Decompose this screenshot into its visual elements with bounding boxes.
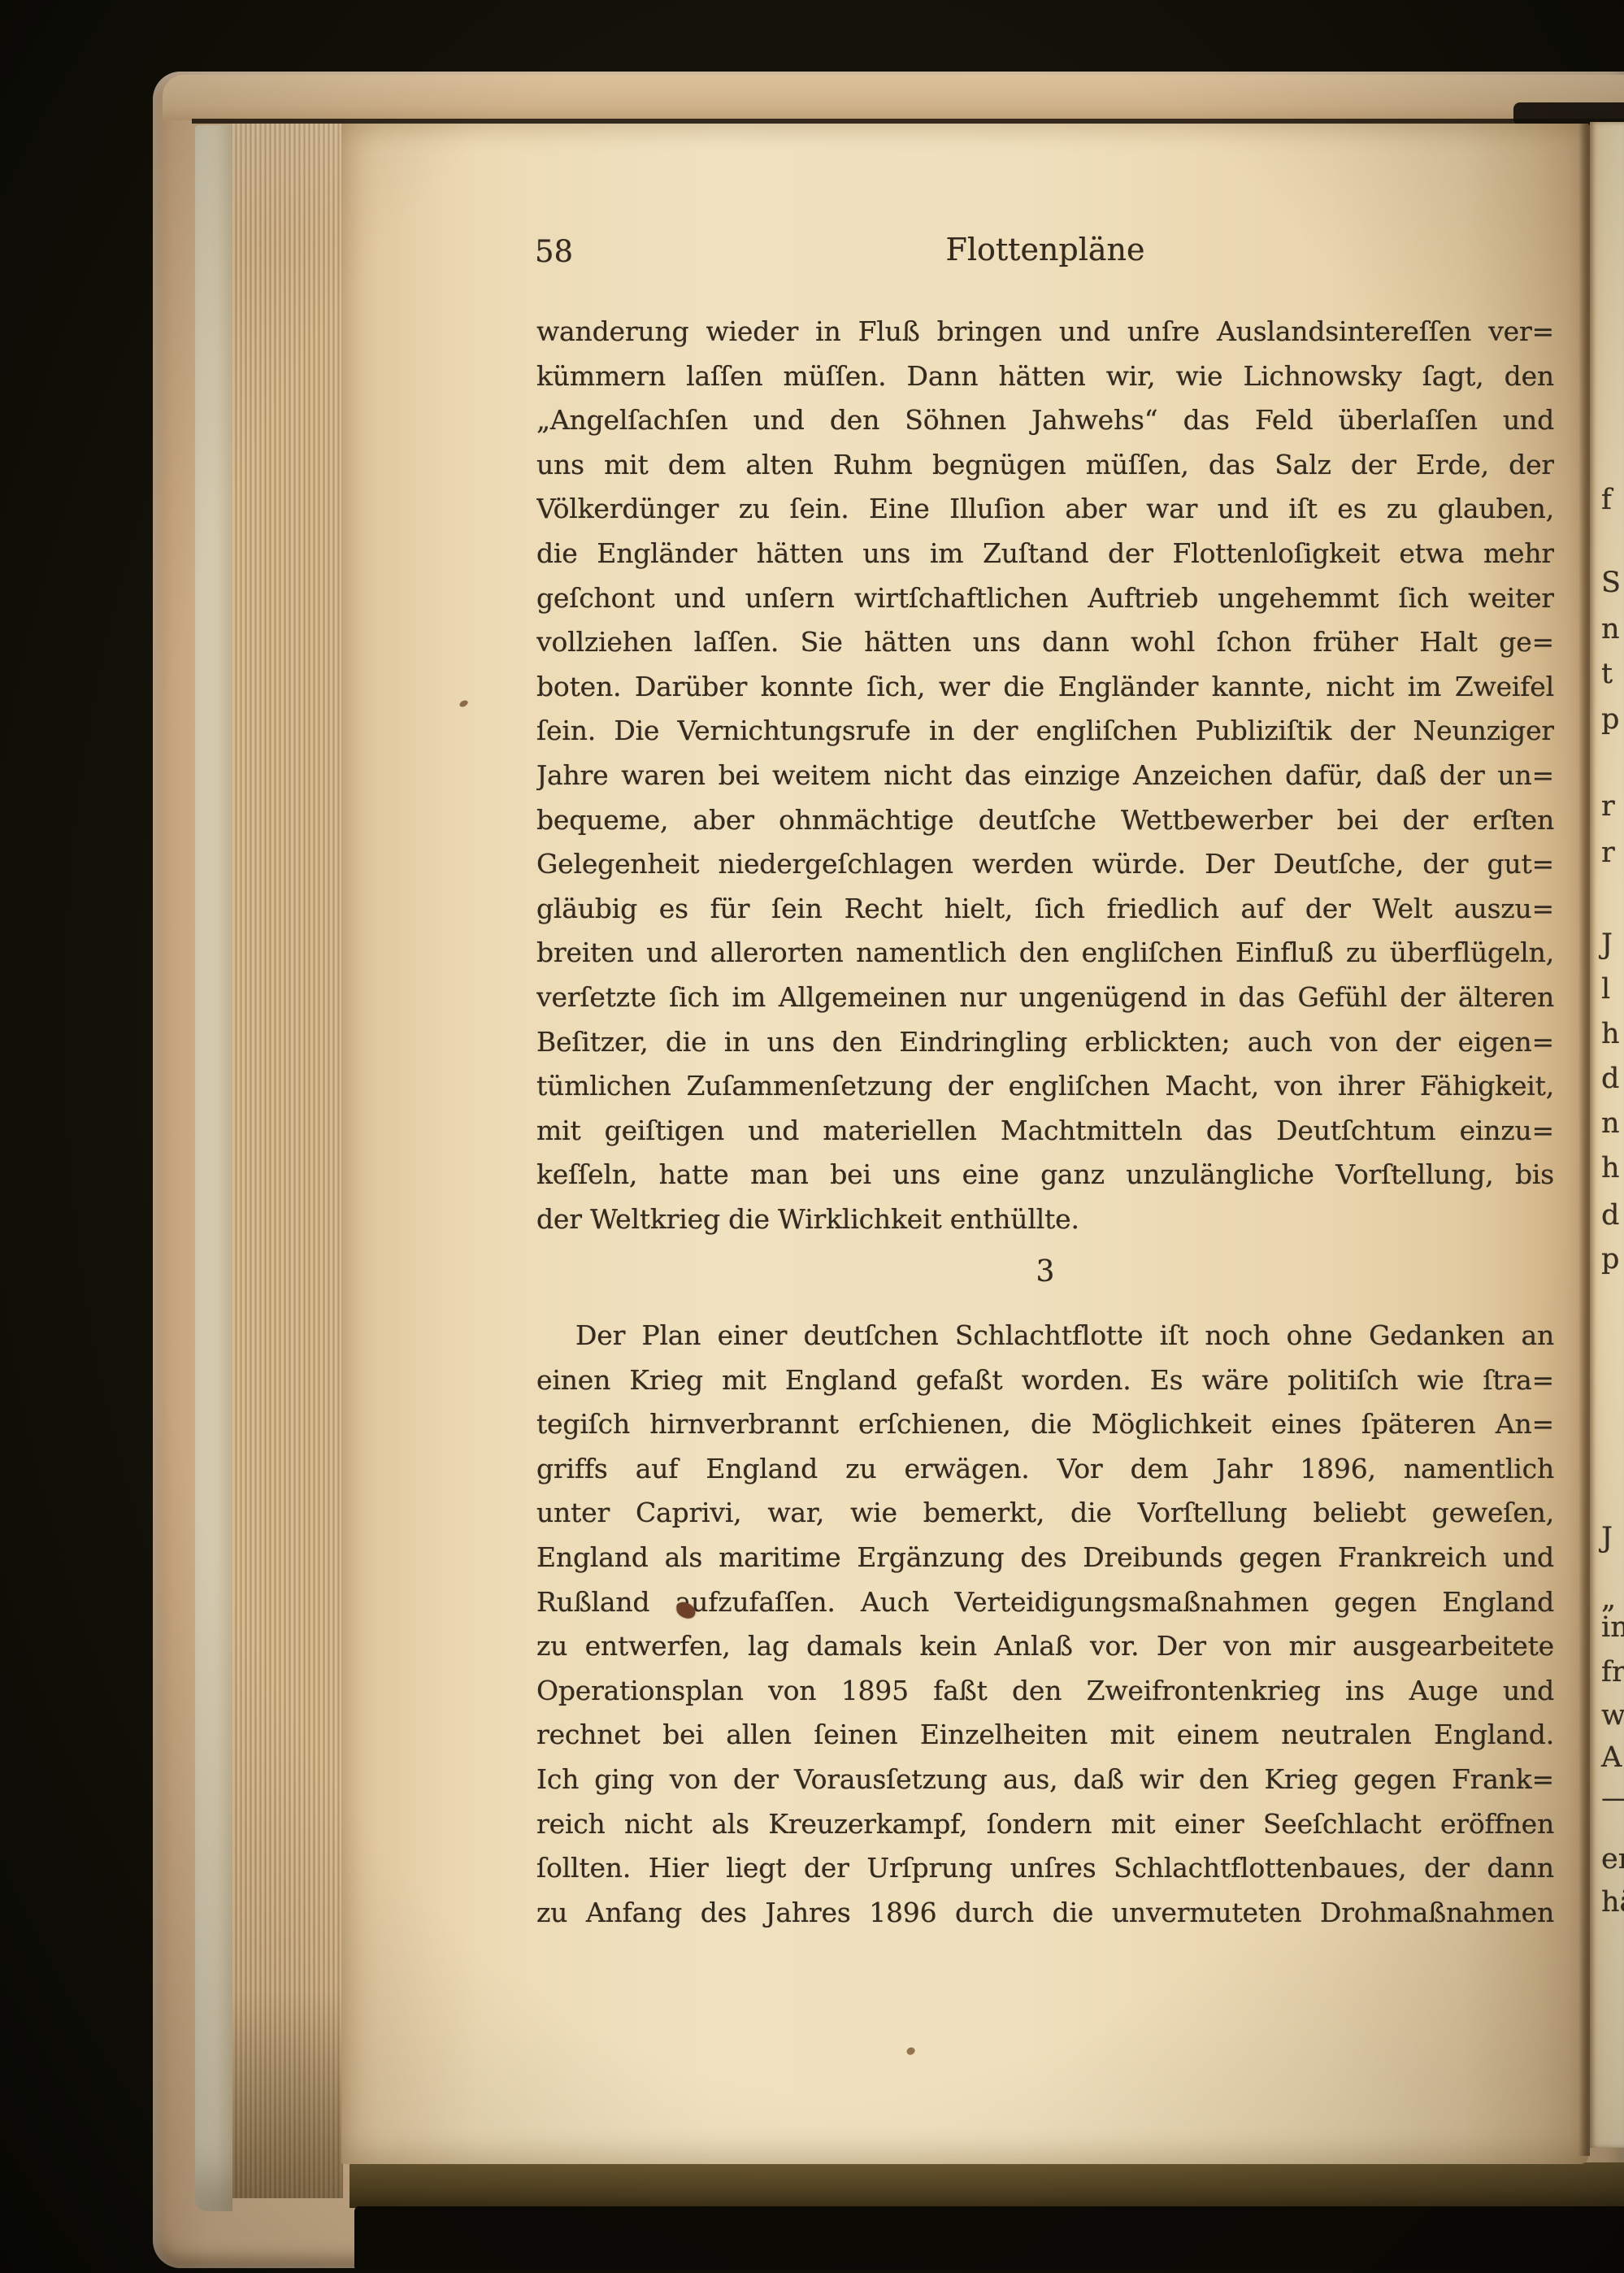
text-line: rechnet bei allen ſeinen Einzelheiten mi… — [536, 1713, 1554, 1758]
facing-page-text-fragment: en — [1601, 1845, 1624, 1874]
facing-page-text-fragment: n — [1601, 1110, 1620, 1138]
text-line: Beſitzer, die in uns den Eindringling er… — [536, 1020, 1554, 1065]
facing-page-sliver: fSntprrJlhdnhdpJ„infrwA—enhä — [1590, 122, 1624, 2148]
facing-page-text-fragment: „ — [1601, 1585, 1616, 1614]
running-title: Flottenpläne — [536, 233, 1554, 267]
text-line: Völkerdünger zu ſein. Eine Illuſion aber… — [536, 487, 1554, 532]
text-line: England als maritime Ergänzung des Dreib… — [536, 1536, 1554, 1580]
facing-page-text-fragment: l — [1601, 976, 1610, 1004]
facing-page-text-fragment: S — [1601, 569, 1621, 598]
facing-page-text-fragment: d — [1601, 1202, 1619, 1230]
section-heading: 3 — [536, 1250, 1554, 1294]
text-line: bequeme, aber ohnmächtige deutſche Wettb… — [536, 798, 1554, 843]
text-line: griffs auf England zu erwägen. Vor dem J… — [536, 1447, 1554, 1492]
text-line: kümmern laſſen müſſen. Dann hätten wir, … — [536, 354, 1554, 399]
text-line: der Weltkrieg die Wirklichkeit enthüllte… — [536, 1197, 1554, 1242]
facing-page-text-fragment: f — [1601, 486, 1612, 515]
facing-page-text-fragment: hä — [1601, 1888, 1624, 1917]
text-line: verſetzte ſich im Allgemeinen nur ungenü… — [536, 976, 1554, 1020]
facing-page-text-fragment: t — [1601, 660, 1613, 689]
text-line: Ich ging von der Vorausſetzung aus, daß … — [536, 1758, 1554, 1802]
text-line: zu Anfang des Jahres 1896 durch die unve… — [536, 1891, 1554, 1936]
text-line: unter Caprivi, war, wie bemerkt, die Vor… — [536, 1491, 1554, 1536]
facing-page-text-fragment: p — [1601, 1245, 1619, 1274]
text-line: Operationsplan von 1895 faßt den Zweifro… — [536, 1669, 1554, 1714]
facing-page-text-fragment: h — [1601, 1020, 1620, 1049]
text-line: Jahre waren bei weitem nicht das einzige… — [536, 754, 1554, 798]
paragraph-1: wanderung wieder in Fluß bringen und unſ… — [536, 310, 1554, 1241]
text-line: „Angelſachſen und den Söhnen Jahwehs“ da… — [536, 398, 1554, 443]
facing-page-text-fragment: J — [1601, 1524, 1613, 1553]
facing-page-text-fragment: w — [1601, 1701, 1624, 1730]
text-line: uns mit dem alten Ruhm begnügen müſſen, … — [536, 443, 1554, 488]
text-line: Gelegenheit niedergeſchlagen werden würd… — [536, 842, 1554, 887]
facing-page-text-fragment: n — [1601, 615, 1620, 644]
facing-page-text-fragment: d — [1601, 1065, 1619, 1093]
facing-page-text-fragment: h — [1601, 1154, 1620, 1183]
text-line: boten. Darüber konnte ſich, wer die Engl… — [536, 665, 1554, 710]
text-line: ſein. Die Vernichtungsrufe in der engliſ… — [536, 709, 1554, 754]
facing-page-text-fragment: — — [1601, 1784, 1624, 1813]
page-stack-fore-edge — [232, 124, 343, 2198]
text-line: tümlichen Zuſammenſetzung der engliſchen… — [536, 1064, 1554, 1109]
gutter-crease — [1578, 124, 1590, 2156]
text-line: mit geiſtigen und materiellen Machtmitte… — [536, 1109, 1554, 1154]
text-line: gläubig es für ſein Recht hielt, ſich fr… — [536, 887, 1554, 932]
paragraph-2: Der Plan einer deutſchen Schlachtflotte … — [536, 1314, 1554, 1935]
text-line: die Engländer hätten uns im Zuſtand der … — [536, 532, 1554, 576]
facing-page-text-fragment: r — [1601, 839, 1615, 867]
text-line: tegiſch hirnverbrannt erſchienen, die Mö… — [536, 1402, 1554, 1447]
text-line: ſollten. Hier liegt der Urſprung unſres … — [536, 1846, 1554, 1891]
cover-bottom-edge — [354, 2206, 1624, 2270]
page-bottom-shadow — [350, 2162, 1624, 2208]
book-photograph: fSntprrJlhdnhdpJ„infrwA—enhä 58 Flottenp… — [0, 0, 1624, 2273]
facing-page-text-fragment: J — [1601, 931, 1613, 959]
facing-page-text-fragment: A — [1601, 1744, 1622, 1772]
text-line: Der Plan einer deutſchen Schlachtflotte … — [536, 1314, 1554, 1358]
text-line: zu entwerfen, lag damals kein Anlaß vor.… — [536, 1624, 1554, 1669]
facing-page-text-fragment: p — [1601, 706, 1619, 734]
text-line: einen Krieg mit England gefaßt worden. E… — [536, 1358, 1554, 1403]
facing-page-text-fragment: in — [1601, 1614, 1624, 1642]
facing-page-text-fragment: r — [1601, 793, 1615, 821]
text-line: keſſeln, hatte man bei uns eine ganz unz… — [536, 1153, 1554, 1197]
facing-page-text-fragment: fr — [1601, 1658, 1624, 1687]
text-line: geſchont und unſern wirtſchaftlichen Auf… — [536, 576, 1554, 621]
text-line: breiten und allerorten namentlich den en… — [536, 931, 1554, 976]
text-line: reich nicht als Kreuzerkampf, ſondern mi… — [536, 1802, 1554, 1847]
cover-top-edge — [163, 75, 1624, 120]
text-line: vollziehen laſſen. Sie hätten uns dann w… — [536, 620, 1554, 665]
endpaper-edge — [195, 125, 232, 2211]
text-line: wanderung wieder in Fluß bringen und unſ… — [536, 310, 1554, 354]
